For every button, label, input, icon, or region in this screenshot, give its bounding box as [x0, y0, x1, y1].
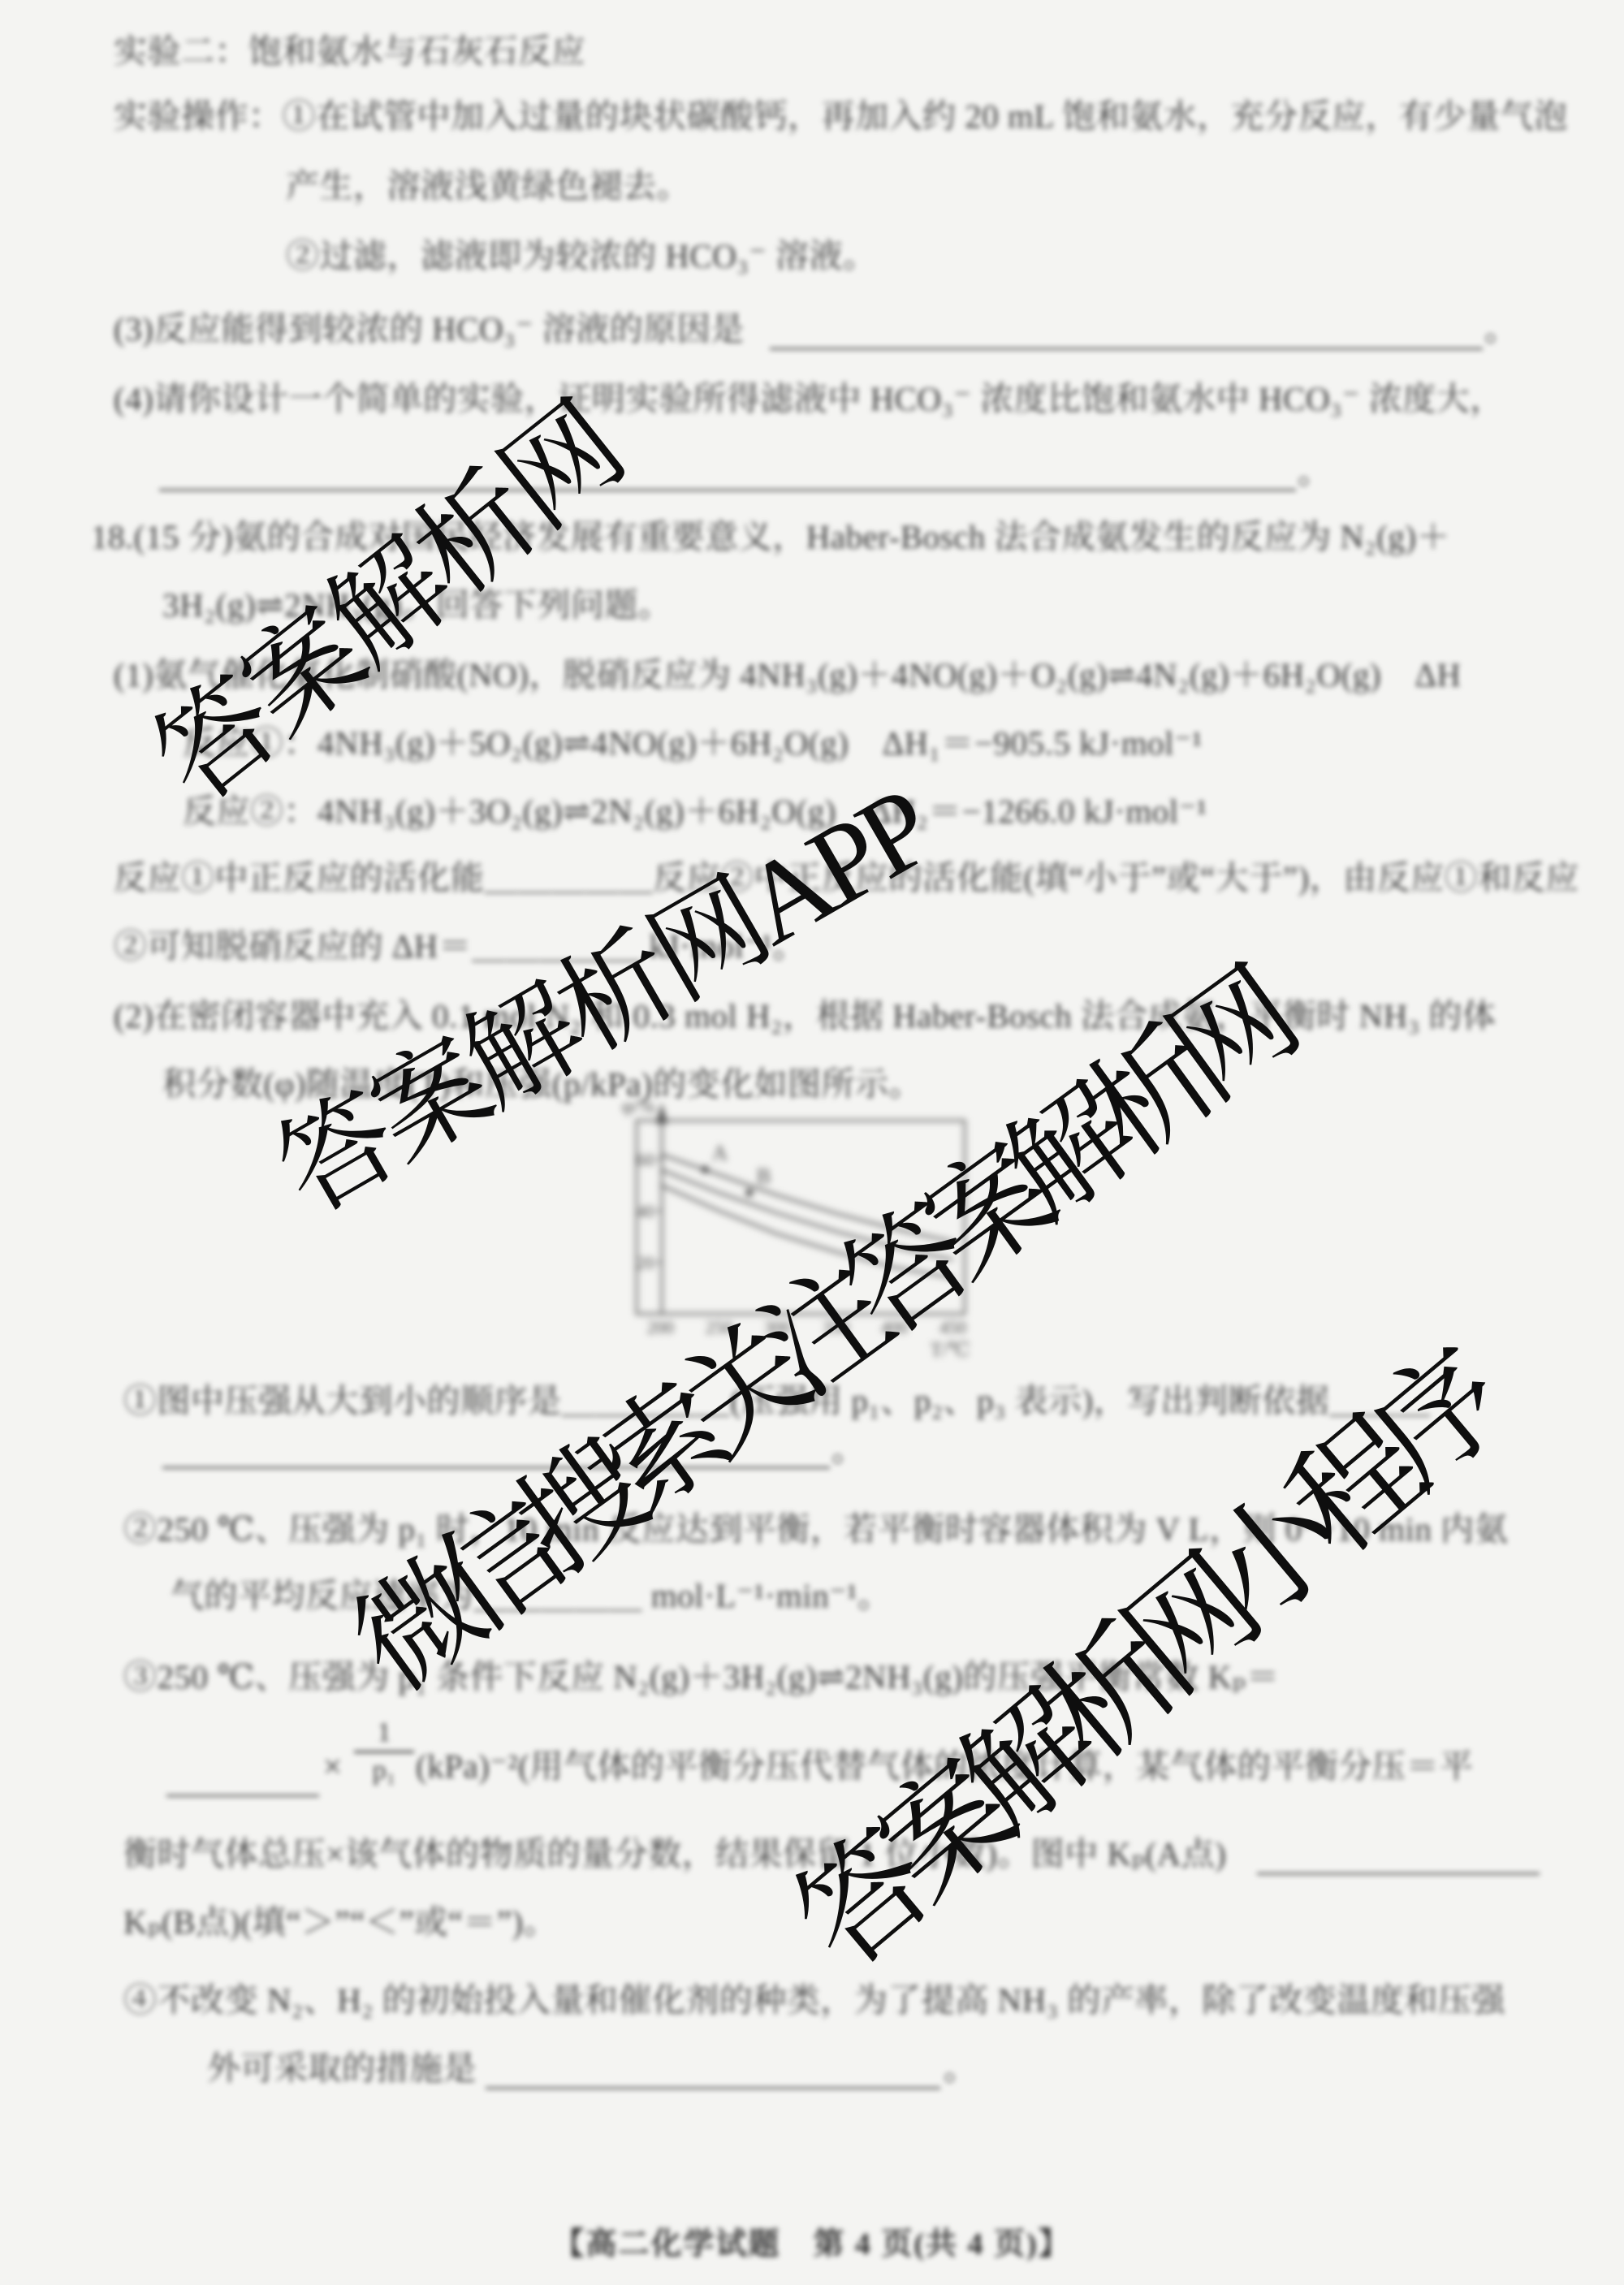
equilibrium-chart-figure: φ/% 204060 AB 200250300350400450 T/℃ [601, 1088, 991, 1380]
body-text-line: ①图中压强从大到小的顺序是＿＿＿＿＿(压强用 p₁、p₂、p₃ 表示)，写出判断… [123, 1380, 1431, 1421]
body-text-line: 反应①：4NH₃(g)＋5O₂(g)⇌4NO(g)＋6H₂O(g) ΔH₁＝−9… [183, 723, 1203, 763]
chart-frame [637, 1121, 965, 1314]
body-text-line: 气的平均反应速率为＿＿＿＿＿ mol·L⁻¹·min⁻¹。 [171, 1575, 892, 1616]
exam-paper-page: 实验二：饱和氨水与石灰石反应实验操作：①在试管中加入过量的块状碳酸钙，再加入约 … [0, 0, 1624, 2285]
y-tick-label: 60 [637, 1150, 654, 1170]
fraction-denominator: p₁ [354, 1751, 414, 1789]
body-text-line: ②过滤，滤液即为较浓的 HCO₃⁻ 溶液。 [286, 235, 877, 276]
scanned-text-layer: 实验二：饱和氨水与石灰石反应实验操作：①在试管中加入过量的块状碳酸钙，再加入约 … [0, 0, 1624, 2285]
x-axis-label: T/℃ [931, 1340, 970, 1361]
x-tick-label: 450 [939, 1317, 966, 1337]
body-text-line: (4)请你设计一个简单的实验，证明实验所得滤液中 HCO₃⁻ 浓度比饱和氨水中 … [114, 378, 1504, 419]
answer-blank-line [166, 1795, 319, 1797]
body-text-line: (1)氨气催化氧化制硝酸(NO)，脱硝反应为 4NH₃(g)＋4NO(g)＋O₂… [114, 654, 1462, 695]
x-tick-labels: 200250300350400450 [647, 1317, 966, 1337]
point-marker-A [702, 1166, 709, 1173]
answer-blank-line [486, 2087, 940, 2089]
fraction-numerator: 1 [354, 1715, 414, 1751]
body-text-line: ②250 ℃、压强为 p₁ 时，10 min 反应达到平衡，若平衡时容器体积为 … [123, 1509, 1508, 1549]
answer-blank-line [1257, 1872, 1540, 1875]
chart-point-annotations: AB [702, 1141, 771, 1196]
body-text-line: Kₚ(B点)(填“＞”“＜”或“＝”)。 [123, 1902, 557, 1942]
body-text-line: 反应①中正反应的活化能＿＿＿＿＿反应②中正反应的活化能(填“小于”或“大于”)，… [114, 857, 1579, 898]
x-tick-label: 200 [647, 1317, 674, 1337]
body-text-line: (3)反应能得到较浓的 HCO₃⁻ 溶液的原因是 [114, 309, 745, 349]
x-tick-label: 400 [881, 1317, 908, 1337]
chart-svg: φ/% 204060 AB 200250300350400450 T/℃ [601, 1088, 991, 1380]
kp-fraction: 1 p₁ [354, 1715, 414, 1789]
x-tick-label: 350 [823, 1317, 849, 1337]
body-text-line: 衡时气体总压×该气体的物质的量分数，结果保留 1 位小数)。图中 Kₚ(A点) [123, 1834, 1226, 1874]
point-marker-B [745, 1189, 753, 1196]
body-text-line: 外可采取的措施是 [207, 2048, 477, 2088]
y-axis-arrow-icon [656, 1103, 667, 1124]
body-text-line: 。 [1484, 309, 1518, 349]
answer-blank-line [770, 348, 1483, 350]
page-footer: 【高二化学试题 第 4 页(共 4 页)】 [0, 2218, 1624, 2263]
body-text-line: ④不改变 N₂、H₂ 的初始投入量和催化剂的种类，为了提高 NH₃ 的产率，除了… [123, 1980, 1505, 2020]
point-label-A: A [712, 1141, 728, 1164]
body-text-line: 。 [944, 2048, 978, 2088]
body-text-line: 。 [1298, 451, 1332, 492]
answer-blank-line [159, 489, 1296, 491]
body-text-line: 18.(15 分)氨的合成对国民经济发展有重要意义，Haber-Bosch 法合… [91, 516, 1450, 557]
body-text-line: 产生，溶液浅黄绿色褪去。 [286, 166, 690, 206]
y-axis-label: φ/% [622, 1096, 655, 1117]
body-text-line: (kPa)⁻²(用气体的平衡分压代替气体的浓度计算，某气体的平衡分压＝平 [416, 1746, 1473, 1786]
curve-p2 [660, 1169, 952, 1259]
body-text-line: 反应②：4NH₃(g)＋3O₂(g)⇌2N₂(g)＋6H₂O(g) ΔH₂＝−1… [183, 791, 1207, 831]
body-text-line: (2)在密闭容器中充入 0.1 mol N₂ 和 0.3 mol H₂，根据 H… [114, 996, 1496, 1036]
y-tick-label: 40 [637, 1201, 654, 1221]
body-text-line: 实验二：饱和氨水与石灰石反应 [114, 31, 585, 71]
body-text-line: 实验操作：①在试管中加入过量的块状碳酸钙，再加入约 20 mL 饱和氨水，充分反… [114, 96, 1568, 136]
body-text-line: 3H₂(g)⇌2NH₃(g)。回答下列问题。 [162, 585, 672, 625]
y-tick-label: 20 [637, 1253, 654, 1273]
y-tick-labels: 204060 [637, 1150, 662, 1273]
body-text-line: ②可知脱硝反应的 ΔH＝＿＿＿＿＿ kJ·mol⁻¹。 [114, 926, 806, 966]
x-tick-label: 250 [706, 1317, 732, 1337]
body-text-line: 。 [831, 1429, 866, 1470]
body-text-line: ③250 ℃、压强为 p₁ 条件下反应 N₂(g)＋3H₂(g)⇌2NH₃(g)… [123, 1657, 1280, 1697]
point-label-B: B [757, 1164, 771, 1188]
body-text-line: × [323, 1746, 343, 1786]
x-tick-label: 300 [764, 1317, 791, 1337]
answer-blank-line [162, 1466, 830, 1469]
